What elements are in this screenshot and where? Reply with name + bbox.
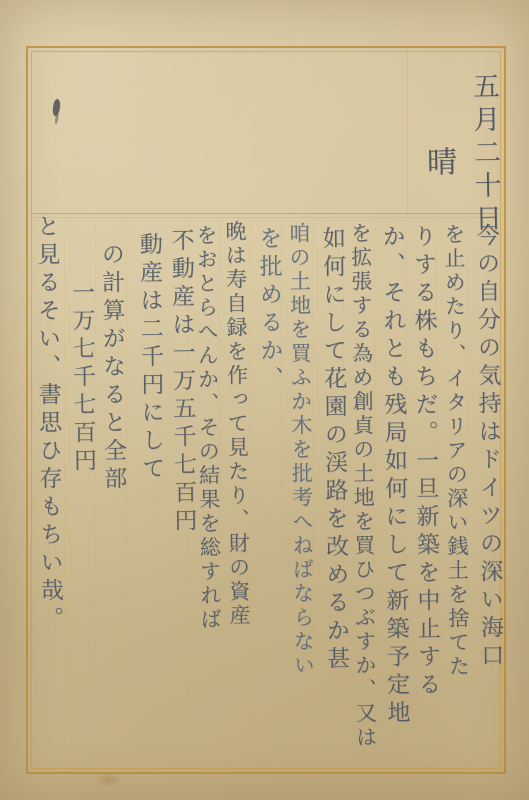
text-column-2: を止めたり、イタリアの深い銭土を捨てた <box>443 223 469 679</box>
weather-label: 晴 <box>423 146 454 177</box>
paper-stain <box>94 772 124 788</box>
text-column-14: 一万七千七百円 <box>69 280 94 476</box>
document-page: 五月二十日 晴 今の自分の気持はドイツの深い海口 を止めたり、イタリアの深い銭土… <box>0 0 529 800</box>
header-column-guide <box>407 48 408 214</box>
text-column-8: を批めるか、 <box>256 226 281 394</box>
text-column-6: 如何にして花園の渓路を改めるか甚 <box>320 226 348 674</box>
text-column-5: を拡張する為め創貞の土地を買ひつぶすか、又は <box>349 222 376 750</box>
text-column-11: 不動産は一万五千七百円 <box>168 228 194 536</box>
text-column-13: の計算がなると全部 <box>99 242 125 494</box>
text-column-10: をおとらへんか、その結果を総すれば <box>195 224 220 632</box>
date-label: 五月二十日 <box>470 72 500 237</box>
text-column-7: 咱の土地を買ふか木を批考へねばならない <box>288 222 314 678</box>
text-column-1: 今の自分の気持はドイツの深い海口 <box>474 223 502 671</box>
text-column-15: と見るそい、書思ひ存もちい哉。 <box>34 214 61 634</box>
text-column-4: か、それとも残局如何にして新築予定地 <box>379 224 407 728</box>
text-column-9: 晩は寿自録を作って見たり、財の資産 <box>224 220 249 628</box>
text-column-12: 動産は二千円にして <box>137 232 163 484</box>
text-column-3: りする株もちだ。一旦新築を中止する <box>411 224 439 700</box>
